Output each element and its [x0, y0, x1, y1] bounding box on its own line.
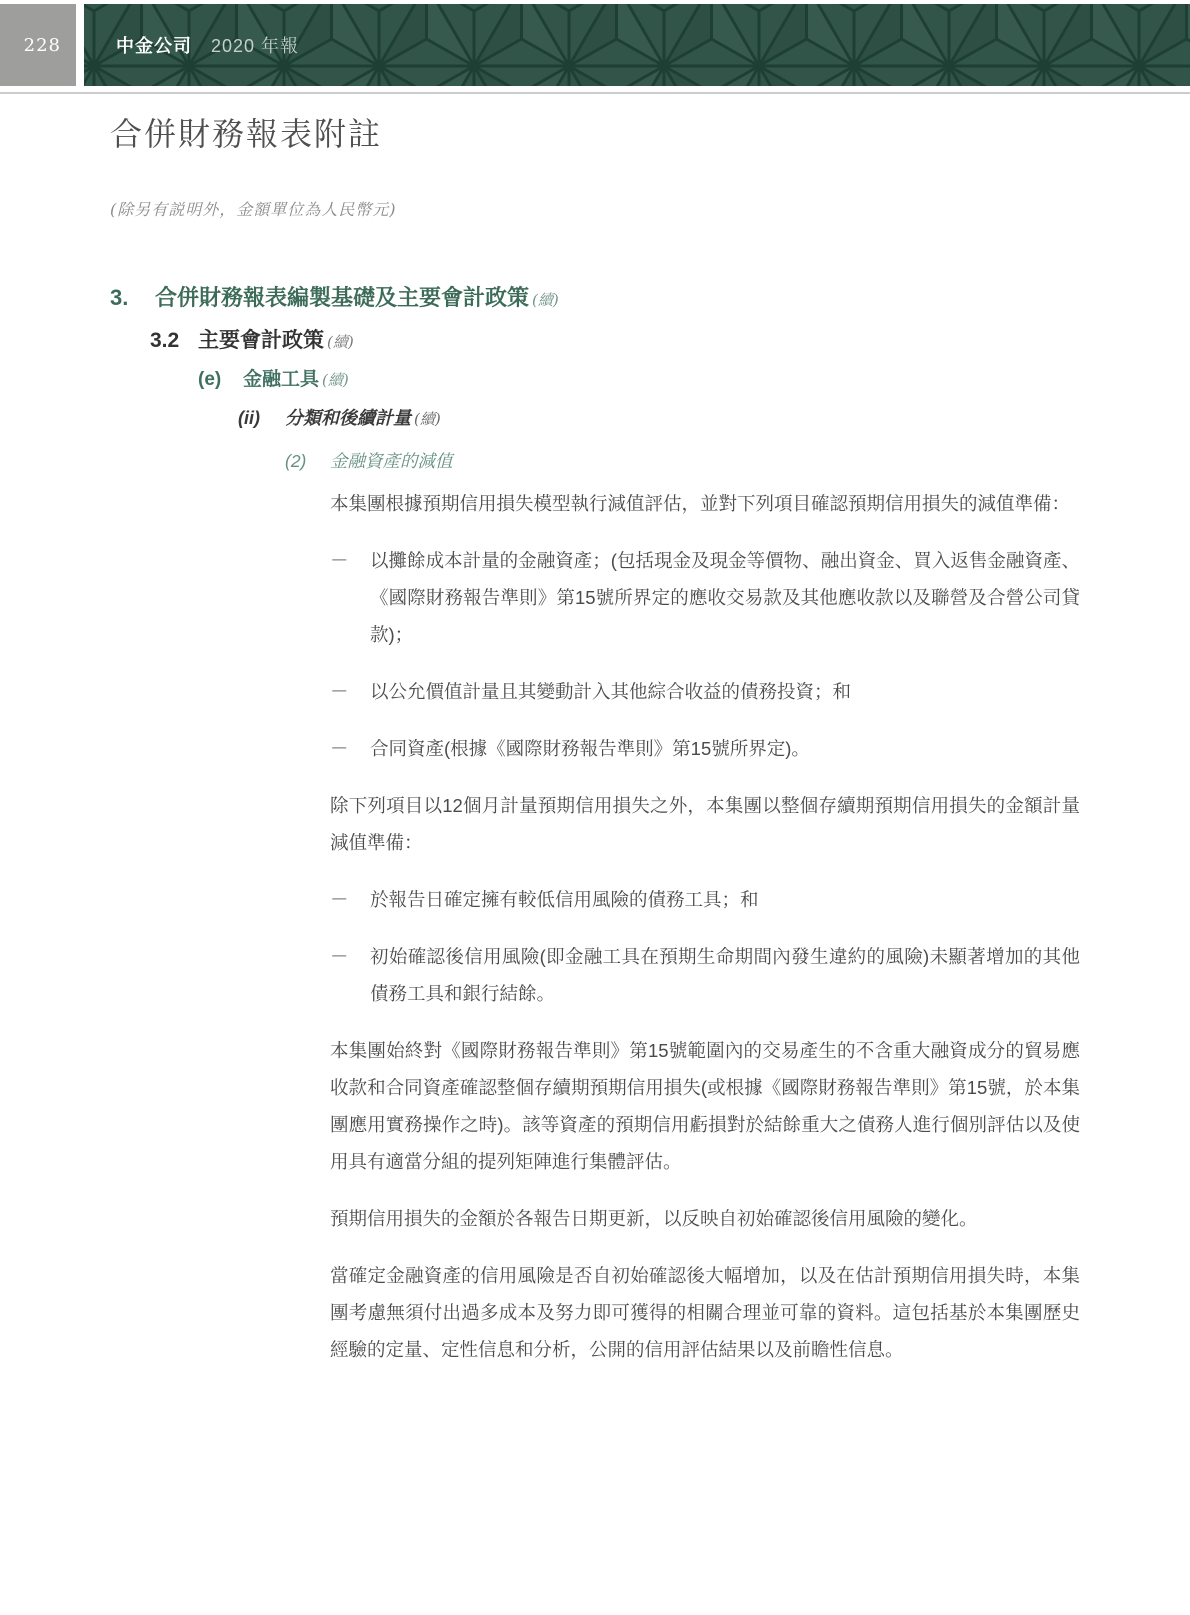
list-item-text: 合同資產(根據《國際財務報告準則》第15號所界定)。 — [370, 730, 1080, 767]
dash-bullet-icon: － — [330, 673, 370, 710]
document-body: 合併財務報表附註 (除另有説明外，金額單位為人民幣元) 3. 合併財務報表編製基… — [0, 95, 1190, 1368]
page-title: 合併財務報表附註 — [110, 109, 1190, 155]
paragraph: 預期信用損失的金額於各報告日期更新，以反映自初始確認後信用風險的變化。 — [330, 1200, 1080, 1237]
list-item: － 初始確認後信用風險(即金融工具在預期生命期間內發生違約的風險)未顯著增加的其… — [330, 938, 1080, 1012]
dash-bullet-icon: － — [330, 881, 370, 918]
section-title: 分類和後續計量(續) — [285, 407, 441, 430]
section-title: 主要會計政策(續) — [198, 327, 354, 354]
section-title-text: 金融工具 — [243, 369, 319, 390]
paragraph: 本集團根據預期信用損失模型執行減值評估，並對下列項目確認預期信用損失的減值準備： — [330, 485, 1080, 522]
section-number: 3.2 — [150, 327, 198, 354]
continued-label: (續) — [414, 410, 441, 428]
header-band: 中金公司 2020 年報 — [84, 4, 1190, 86]
dash-bullet-icon: － — [330, 542, 370, 653]
section-number: (2) — [285, 450, 330, 473]
report-year: 2020 年報 — [211, 36, 299, 56]
section-heading-2: (2) 金融資產的減值 — [285, 450, 1190, 473]
section-title-text: 分類和後續計量 — [285, 408, 411, 428]
section-title-text: 合併財務報表編製基礎及主要會計政策 — [155, 285, 529, 310]
annual-report-page: 228 — [0, 0, 1190, 1615]
continued-label: (續) — [327, 333, 354, 351]
continued-label: (續) — [322, 371, 349, 389]
header-gap — [76, 4, 84, 86]
dash-bullet-icon: － — [330, 938, 370, 1012]
list-item-text: 於報告日確定擁有較低信用風險的債務工具；和 — [370, 881, 1080, 918]
header-band-text: 中金公司 2020 年報 — [116, 32, 299, 58]
page-number-box: 228 — [0, 4, 76, 86]
header-divider — [0, 92, 1190, 94]
section-heading-ii: (ii) 分類和後續計量(續) — [238, 407, 1190, 430]
section-number: 3. — [110, 284, 155, 313]
list-item-text: 以公允價值計量且其變動計入其他綜合收益的債務投資；和 — [370, 673, 1080, 710]
continued-label: (續) — [532, 291, 559, 309]
section-content: 本集團根據預期信用損失模型執行減值評估，並對下列項目確認預期信用損失的減值準備：… — [330, 485, 1080, 1368]
page-subtitle: (除另有説明外，金額單位為人民幣元) — [110, 197, 1190, 220]
list-item: － 以公允價值計量且其變動計入其他綜合收益的債務投資；和 — [330, 673, 1080, 710]
section-heading-3-2: 3.2 主要會計政策(續) — [150, 327, 1190, 354]
section-title: 金融資產的減值 — [330, 450, 453, 473]
section-number: (ii) — [238, 407, 285, 430]
dash-bullet-icon: － — [330, 730, 370, 767]
page-header: 228 — [0, 4, 1190, 86]
section-heading-3: 3. 合併財務報表編製基礎及主要會計政策(續) — [110, 284, 1190, 313]
section-heading-e: (e) 金融工具(續) — [198, 368, 1190, 393]
paragraph: 本集團始終對《國際財務報告準則》第15號範圍內的交易產生的不含重大融資成分的貿易… — [330, 1032, 1080, 1180]
list-item: － 於報告日確定擁有較低信用風險的債務工具；和 — [330, 881, 1080, 918]
section-title-text: 主要會計政策 — [198, 329, 324, 352]
list-item: － 以攤餘成本計量的金融資產；(包括現金及現金等價物、融出資金、買入返售金融資產… — [330, 542, 1080, 653]
paragraph: 除下列項目以12個月計量預期信用損失之外，本集團以整個存續期預期信用損失的金額計… — [330, 787, 1080, 861]
section-title: 金融工具(續) — [243, 368, 349, 393]
list-item: － 合同資產(根據《國際財務報告準則》第15號所界定)。 — [330, 730, 1080, 767]
page-number: 228 — [24, 35, 61, 56]
paragraph: 當確定金融資產的信用風險是否自初始確認後大幅增加，以及在估計預期信用損失時，本集… — [330, 1257, 1080, 1368]
company-name: 中金公司 — [116, 36, 192, 56]
list-item-text: 初始確認後信用風險(即金融工具在預期生命期間內發生違約的風險)未顯著增加的其他債… — [370, 938, 1080, 1012]
list-item-text: 以攤餘成本計量的金融資產；(包括現金及現金等價物、融出資金、買入返售金融資產、《… — [370, 542, 1080, 653]
section-number: (e) — [198, 368, 243, 393]
section-title: 合併財務報表編製基礎及主要會計政策(續) — [155, 284, 559, 313]
